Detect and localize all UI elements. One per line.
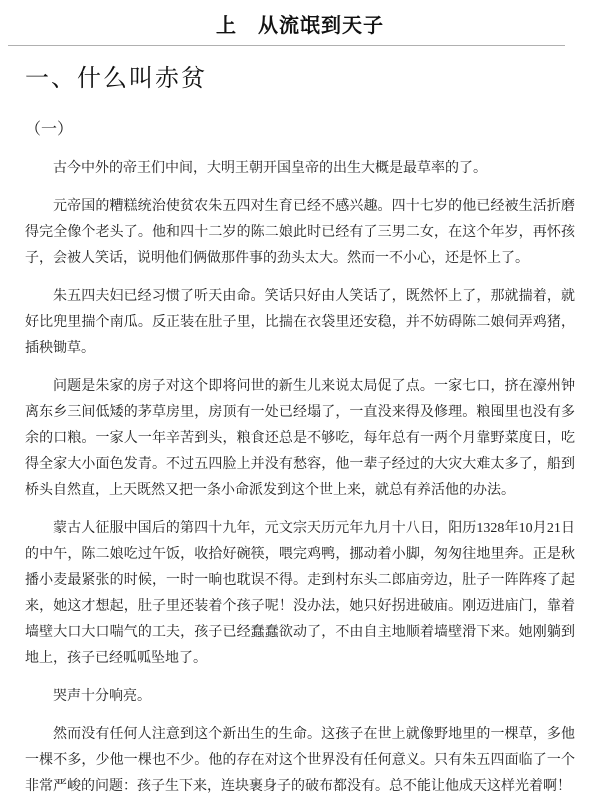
section-heading: 一、什么叫赤贫 (25, 63, 575, 95)
page-header: 上 从流氓到天子 (25, 13, 575, 46)
title-divider (8, 45, 565, 46)
chapter-title: 上 从流氓到天子 (25, 13, 575, 39)
paragraph: 朱五四夫妇已经习惯了听天由命。笑话只好由人笑话了，既然怀上了，那就揣着，就好比兜… (25, 284, 575, 362)
paragraph: 哭声十分响亮。 (25, 684, 575, 710)
body-text: 古今中外的帝王们中间，大明王朝开国皇帝的出生大概是最草率的了。 元帝国的糟糕统治… (25, 156, 575, 800)
paragraph: 蒙古人征服中国后的第四十九年，元文宗天历元年九月十八日，阳历1328年10月21… (25, 516, 575, 672)
paragraph: 元帝国的糟糕统治使贫农朱五四对生育已经不感兴趣。四十七岁的他已经被生活折磨得完全… (25, 194, 575, 272)
subsection-label: （一） (25, 119, 575, 141)
paragraph: 古今中外的帝王们中间，大明王朝开国皇帝的出生大概是最草率的了。 (25, 156, 575, 182)
book-page: 上 从流氓到天子 一、什么叫赤贫 （一） 古今中外的帝王们中间，大明王朝开国皇帝… (0, 0, 600, 800)
paragraph: 然而没有任何人注意到这个新出生的生命。这孩子在世上就像野地里的一棵草，多他一棵不… (25, 722, 575, 800)
paragraph: 问题是朱家的房子对这个即将问世的新生儿来说太局促了点。一家七口，挤在濠州钟离东乡… (25, 374, 575, 504)
